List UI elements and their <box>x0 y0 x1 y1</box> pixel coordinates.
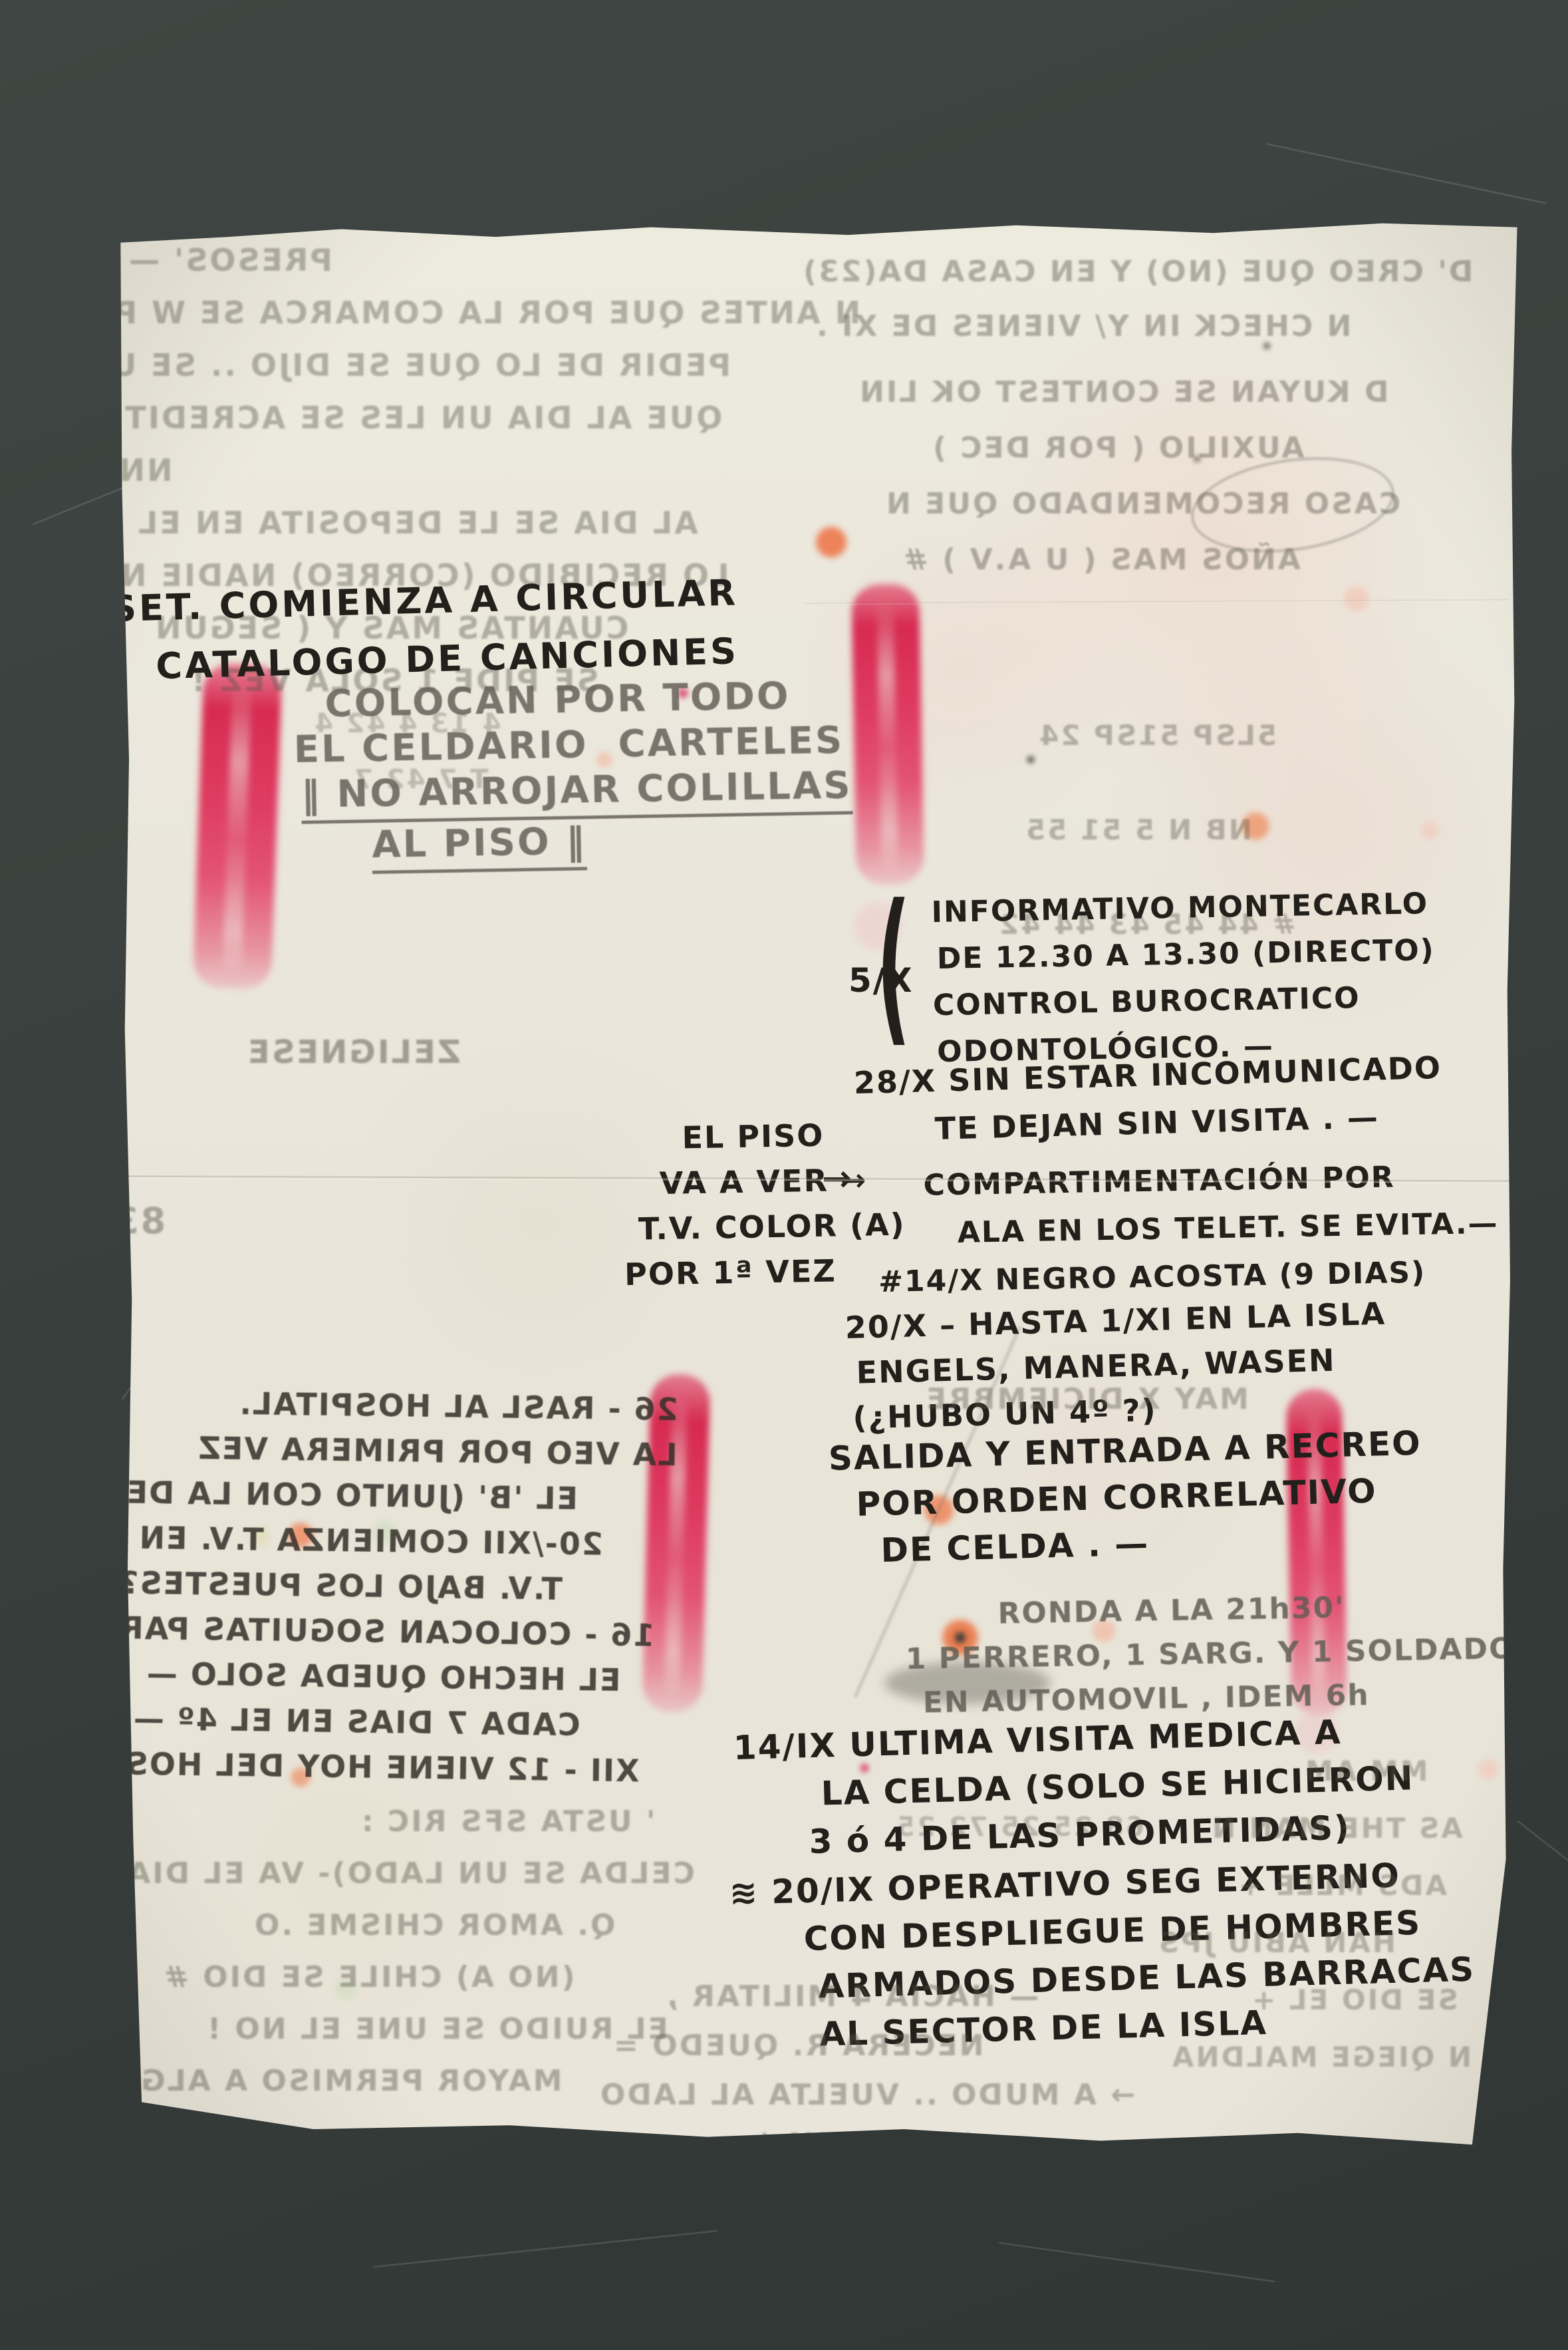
background-scratch <box>373 2230 717 2268</box>
handwriting-text: QUE AL DIA UN LES SE ACREDITE <box>100 392 722 444</box>
note-compartimentacion: COMPARTIMENTACIÓN PORALA EN LOS TELET. S… <box>876 1152 1500 1306</box>
note-line: PEDIR DE LO QUE SE DIJO .. SE U <box>90 339 860 392</box>
note-line: T.V. COLOR (A) <box>623 1202 906 1252</box>
note-line: ( <box>876 879 911 1052</box>
note-line: Q. AMOR CHISME .O <box>57 1900 695 1952</box>
handwriting-text: EL 'B' (JUNTO CON LA DELIA) <box>51 1469 578 1521</box>
handwriting-text: ' USTA SFS RIC : <box>360 1796 655 1848</box>
handwriting-text: EL HECHO QUEDA SOLO — <box>146 1651 622 1703</box>
note-line: MM AM <box>1130 1743 1516 1800</box>
note-line: CELDA SE UN LADO)- VA EL DIA N <box>57 1848 695 1900</box>
handwriting-text: RONDA A LA 21h30' <box>997 1586 1345 1636</box>
handwriting-text: XII - 12 VIENE HOY DEL HOSP. <box>94 1741 640 1793</box>
note-ronda: RONDA A LA 21h30'1 PERRERO, 1 SARG. Y 1 … <box>904 1583 1516 1725</box>
note-line: N ANTES QUE POR LA COMARCA SE W PA <box>90 287 860 339</box>
handwriting-text: VA A VER → <box>659 1157 868 1206</box>
background-scratch <box>999 2242 1275 2282</box>
ink-dot <box>84 1844 102 1862</box>
handwriting-text: 83 <box>112 1201 166 1241</box>
note-line: QUE AL DIA UN LES SE ACREDITE <box>90 392 860 444</box>
handwriting-text: 5LSP 51SP 24 <box>1037 688 1277 783</box>
red-marker-stroke <box>851 583 924 885</box>
handwriting-text: → A MUDO .. VUELTA AL LADO <box>598 2071 1135 2120</box>
note-line: MAY X DICIEMBRE <box>924 1382 1249 1417</box>
note-line: AÑOS MAS ( U A.V ) # <box>858 532 1400 588</box>
handwriting-text: CONTROL BUROCRATICO <box>932 975 1361 1029</box>
note-line: ‖ NO ARROJAR COLILLAS <box>294 763 852 824</box>
background-scratch <box>1266 143 1546 204</box>
note-line: T.V. BAJO LOS PUESTES?'! <box>50 1559 676 1613</box>
note-line: EL 'B' (JUNTO CON LA DELIA) <box>51 1469 677 1523</box>
handwriting-text: 16 - COLOCAN SOGUITAS PARA <box>94 1605 656 1658</box>
note-line: NB N 5 51 55 <box>997 783 1296 877</box>
handwriting-text: CELDA SE UN LADO)- VA EL DIA N <box>87 1848 695 1900</box>
note-bleed-bottom-left-dark: 26 - RASL AL HOSPITAL.LA VEO POR PRIMERA… <box>47 1378 678 1794</box>
handwriting-text: NB N 5 51 55 <box>1024 783 1252 877</box>
handwriting-text: MM AM <box>1303 1743 1428 1800</box>
note-line: → A MUDO .. VUELTA AL LADO <box>585 2071 1135 2120</box>
note-line: XII - 12 VIENE HOY DEL HOSP. <box>47 1740 673 1794</box>
handwriting-text: DE CELDA . — <box>880 1520 1150 1574</box>
note-line: ADS MLLE + <box>1130 1857 1516 1914</box>
note-line: VA A VER → <box>622 1157 905 1207</box>
handwriting-text: NECERA R. QUEDO = <box>612 2021 984 2071</box>
handwriting-text: POR 1ª VEZ <box>624 1248 837 1297</box>
handwriting-text: PRESOS' — <box>127 234 332 287</box>
note-line: 20-/XII COMIENZA T.V. EN <box>51 1514 676 1568</box>
note-line: SE DIO EL + <box>1130 1972 1516 2029</box>
note-line: ZELIGNESE <box>246 1032 461 1072</box>
note-ghost-83: 83 <box>112 1201 166 1241</box>
note-line: 83 <box>112 1201 166 1241</box>
note-bleed-bottom-center: — HACIA 4 MILITAR ,NECERA R. QUEDO =→ A … <box>585 1972 1135 2169</box>
handwriting-text: CASO RECOMENDADO QUE N <box>884 476 1400 532</box>
scanned-document-photo: PRESOS' —N ANTES QUE POR LA COMARCA SE W… <box>0 0 1568 2350</box>
note-line: AL DIA SE LE DEPOSITA EN EL <box>90 497 860 549</box>
handwriting-text: AL DIA SE LE DEPOSITA EN EL <box>136 497 698 549</box>
note-line: NECERA R. QUEDO = <box>585 2021 1135 2071</box>
handwriting-text: DE 12.30 A 13.30 (DIRECTO) <box>936 927 1435 982</box>
handwriting-text: INFORMATIVO MONTECARLO <box>931 881 1429 936</box>
note-brace-5x: ( <box>876 879 911 1052</box>
handwriting-text: ADS MLLE + <box>1237 1857 1447 1914</box>
paper-content: PRESOS' —N ANTES QUE POR LA COMARCA SE W… <box>0 0 1568 2350</box>
handwriting-text: 20-/XII COMIENZA T.V. EN <box>138 1515 603 1567</box>
handwriting-text: MAYOR PERMISO A ALGUN <box>87 2055 562 2107</box>
note-line: N CHECK IN Y/ VIENES DE XI . <box>801 299 1473 354</box>
note-line: EL HECHO QUEDA SOLO — <box>49 1650 674 1703</box>
paper-sheet: PRESOS' —N ANTES QUE POR LA COMARCA SE W… <box>116 220 1523 2148</box>
note-line: LA VEO POR PRIMERA VEZ <box>52 1423 678 1477</box>
handwriting-text: D' CREO QUE (NO) Y EN CASA DA(23) <box>801 245 1473 299</box>
note-line: CASO RECOMENDADO QUE N <box>858 476 1400 532</box>
note-line: AS THE MAN N <box>1130 1800 1516 1857</box>
handwriting-text: N CHECK IN Y/ VIENES DE XI . <box>815 299 1351 354</box>
handwriting-text: N QIEGE MALDNA <box>1170 2029 1472 2086</box>
note-line: — HACIA 4 MILITAR , <box>585 1972 1135 2021</box>
note-el-piso-tv: EL PISOVA A VER →T.V. COLOR (A)POR 1ª VE… <box>622 1111 906 1297</box>
handwriting-text: AÑOS MAS ( U A.V ) # <box>902 532 1301 588</box>
note-line: N QIEGE MALDNA <box>1130 2029 1516 2086</box>
handwriting-text: ZELIGNESE <box>246 1032 461 1072</box>
note-ghost-top-right-b: D KUYAN SE CONTEST OK LINAUXILIO ( POR D… <box>858 365 1400 588</box>
handwriting-text: EL PISO <box>682 1113 825 1161</box>
note-ghost-top-right-a: D' CREO QUE (NO) Y EN CASA DA(23)N CHECK… <box>801 245 1473 354</box>
handwriting-text: AL PISO ‖ <box>372 819 587 874</box>
ink-dot <box>1419 819 1440 841</box>
note-line: 16 - COLOCAN SOGUITAS PARA <box>49 1604 675 1658</box>
note-line: AL PISO ‖ <box>295 814 854 875</box>
note-line: D' CREO QUE (NO) Y EN CASA DA(23) <box>801 245 1473 299</box>
ink-dot <box>1342 584 1371 613</box>
note-line: AUXILIO ( POR DEC ) <box>858 420 1400 476</box>
handwriting-text: LA VEO POR PRIMERA VEZ <box>197 1425 678 1477</box>
handwriting-text: — HACIA 4 MILITAR , <box>665 1972 1039 2021</box>
note-line: NNN <box>90 444 860 497</box>
handwriting-text: MAY X DICIEMBRE <box>924 1382 1249 1417</box>
handwriting-text: T.V. BAJO LOS PUESTES?'! <box>93 1560 563 1612</box>
handwriting-text: PEDIR DE LO QUE SE DIJO .. SE U <box>110 339 731 392</box>
note-linea-20x: 20/X – HASTA 1/XI EN LA ISLAENGELS, MANE… <box>845 1291 1388 1441</box>
handwriting-text: ( <box>876 879 911 1052</box>
ink-dot <box>80 515 106 542</box>
note-bleed-bottom-right: MM AMAS THE MAN NADS MLLE +HAN ABIU JPSS… <box>1130 1743 1516 2086</box>
note-linea-28x: 28/X SIN ESTAR INCOMUNICADOTE DEJAN SIN … <box>853 1044 1444 1155</box>
note-line: CADA 7 DIAS EN EL 4º — <box>48 1695 674 1749</box>
handwriting-text: CADA 7 DIAS EN EL 4º — <box>132 1696 581 1747</box>
handwriting-text: T.V. COLOR (A) <box>638 1202 906 1252</box>
handwriting-text: D KUYAN SE CONTEST OK LIN <box>858 365 1388 420</box>
handwriting-text: ‖ NO ARROJAR COLILLAS <box>301 763 852 823</box>
note-line: PRESOS' — <box>90 234 860 287</box>
handwriting-text: 26 - RASL AL HOSPITAL. <box>238 1381 678 1432</box>
note-salida-recreo: SALIDA Y ENTRADA A RECREOPOR ORDEN CORRE… <box>828 1420 1424 1575</box>
handwriting-text: ' E YAMIYA ' <box>758 2120 973 2169</box>
note-line: D KUYAN SE CONTEST OK LIN <box>858 365 1400 420</box>
note-line: EL PISO <box>622 1111 904 1161</box>
background-scratch <box>1517 1821 1568 1985</box>
note-line: POR 1ª VEZ <box>624 1247 907 1297</box>
handwriting-text: (NO A) CHILE SE DIO # <box>162 1952 575 2003</box>
handwriting-text: Q. AMOR CHISME .O <box>253 1900 615 1952</box>
red-marker-stroke <box>193 662 283 990</box>
note-line: ' E YAMIYA ' <box>585 2120 1135 2169</box>
handwriting-text: N ANTES QUE POR LA COMARCA SE W PA <box>90 287 860 339</box>
handwriting-text: AS THE MAN N <box>1210 1800 1463 1857</box>
note-colocan-carteles: COLOCAN POR TODOEL CELDARIO CARTELES‖ NO… <box>293 672 854 875</box>
handwriting-text: NNN <box>90 444 173 497</box>
note-line: 26 - RASL AL HOSPITAL. <box>53 1378 678 1432</box>
handwriting-text: AUXILIO ( POR DEC ) <box>931 420 1304 476</box>
note-line: ' USTA SFS RIC : <box>57 1796 695 1848</box>
note-ghost-zeligne: ZELIGNESE <box>246 1032 461 1072</box>
note-line: 5LSP 51SP 24 <box>997 688 1296 783</box>
handwriting-text: SE DIO EL + <box>1250 1972 1458 2029</box>
handwriting-text: HAN ABIU JPS <box>1157 1914 1396 1972</box>
handwriting-text: COLOCAN POR TODO <box>325 674 791 727</box>
note-line: HAN ABIU JPS <box>1130 1914 1516 1972</box>
note-ghost-diciembre: MAY X DICIEMBRE <box>924 1382 1249 1417</box>
